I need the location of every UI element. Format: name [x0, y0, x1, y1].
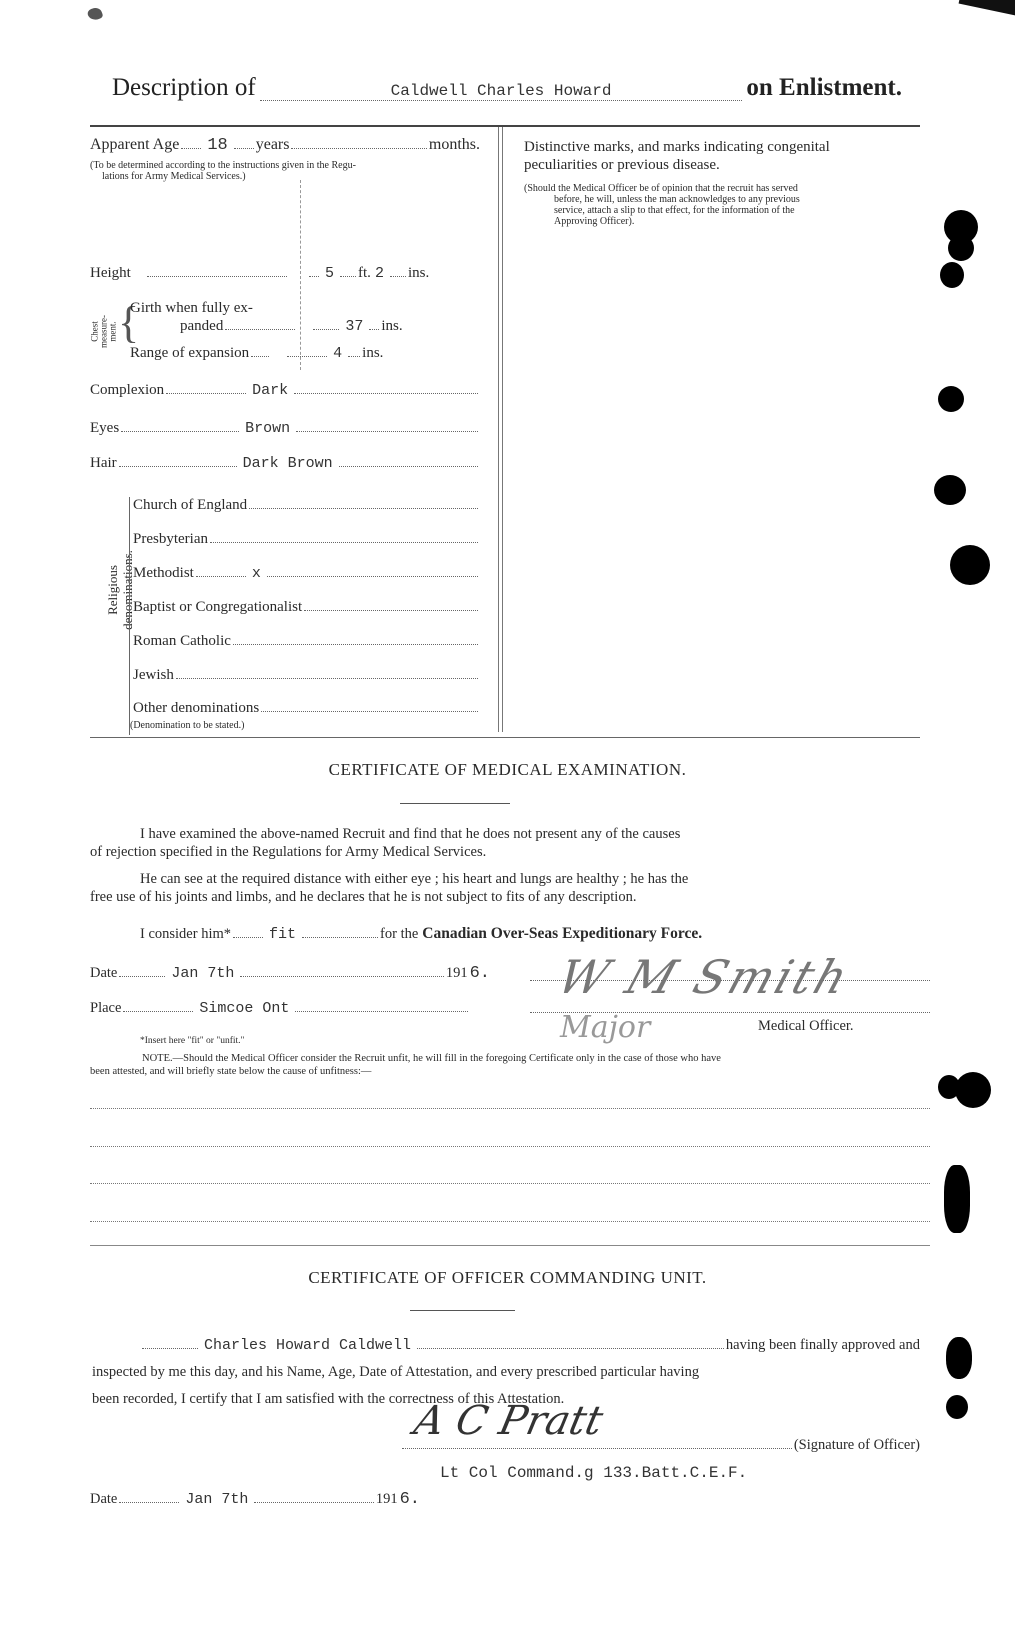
column-divider-outer [498, 127, 499, 732]
section-rule-2 [90, 1245, 930, 1246]
place-value: Simcoe Ont [195, 1000, 293, 1017]
religion-brace [129, 497, 130, 735]
officer-rank-line: Lt Col Command.g 133.Batt.C.E.F. [440, 1464, 747, 1482]
distinctive-marks-input[interactable] [510, 240, 910, 720]
punch-hole [950, 545, 990, 585]
unfitness-line-1[interactable] [90, 1108, 930, 1109]
medical-date-field[interactable]: Date Jan 7th 191 6. [90, 964, 490, 983]
medical-officer-title: Medical Officer. [758, 1018, 854, 1035]
officer-signature-field[interactable]: (Signature of Officer) [400, 1437, 920, 1454]
chest-measurement-label: Chest measure- ment. [88, 300, 118, 360]
religion-baptist[interactable]: Baptist or Congregationalist [133, 599, 480, 616]
approved-name-field[interactable]: Charles Howard Caldwell having been fina… [140, 1337, 920, 1354]
punch-hole [938, 386, 964, 412]
punch-hole [955, 1072, 991, 1108]
eyes-field[interactable]: Eyes Brown [90, 420, 480, 437]
medical-heading-ornament [400, 803, 510, 804]
hair-value: Dark Brown [239, 455, 337, 472]
commanding-heading-ornament [410, 1310, 515, 1311]
force-name: Canadian Over-Seas Expeditionary Force. [422, 925, 702, 943]
height-ft-value: 5 [321, 265, 338, 282]
place-field[interactable]: Place Simcoe Ont [90, 1000, 470, 1017]
methodist-mark: x [248, 565, 265, 582]
punch-hole [934, 475, 966, 505]
commanding-line-2: inspected by me this day, and his Name, … [92, 1364, 922, 1381]
religion-church-of-england[interactable]: Church of England [133, 497, 480, 514]
punch-hole [946, 1337, 972, 1379]
page-title: Description of Caldwell Charles Howard o… [112, 74, 902, 102]
religion-presbyterian[interactable]: Presbyterian [133, 531, 480, 548]
distinctive-marks-heading: Distinctive marks, and marks indicating … [524, 138, 924, 174]
title-prefix: Description of [112, 74, 256, 102]
approved-name-value: Charles Howard Caldwell [200, 1337, 415, 1354]
age-years-value: 18 [203, 136, 231, 155]
age-note: (To be determined according to the instr… [90, 160, 490, 182]
other-denomination-note: (Denomination to be stated.) [130, 720, 244, 731]
girth-field[interactable]: panded 37 ins. [150, 318, 460, 335]
top-right-scan-shadow [959, 0, 1015, 20]
title-suffix: on Enlistment. [746, 74, 902, 102]
girth-label-l1: Girth when fully ex- [130, 300, 253, 317]
complexion-value: Dark [248, 382, 292, 399]
fit-footnote: *Insert here "fit" or "unfit." [140, 1036, 244, 1047]
section-rule-1 [90, 737, 920, 738]
column-divider-inner [502, 127, 503, 732]
religion-methodist[interactable]: Methodist x [133, 565, 480, 582]
complexion-field[interactable]: Complexion Dark [90, 382, 480, 399]
punch-hole [948, 235, 974, 261]
hair-field[interactable]: Hair Dark Brown [90, 455, 480, 472]
religion-jewish[interactable]: Jewish [133, 667, 480, 684]
punch-hole [946, 1395, 968, 1419]
punch-hole [940, 262, 964, 288]
religion-label: Religious denominations. [105, 535, 145, 645]
fitness-field[interactable]: I consider him* fit for the Canadian Ove… [140, 925, 840, 943]
height-ins-value: 2 [371, 265, 388, 282]
corner-ink-mark [86, 6, 103, 22]
unfitness-line-3[interactable] [90, 1183, 930, 1184]
punch-hole [944, 1165, 970, 1233]
expansion-field[interactable]: Range of expansion 4 ins. [130, 345, 460, 362]
medical-officer-rank: Major [560, 1010, 650, 1045]
medical-paragraph-2: He can see at the required distance with… [90, 870, 920, 906]
commanding-date-field[interactable]: Date Jan 7th 191 6. [90, 1490, 420, 1509]
fitness-value: fit [265, 926, 300, 943]
eyes-value: Brown [241, 420, 294, 437]
apparent-age-field[interactable]: Apparent Age 18 years months. [90, 136, 480, 155]
title-rule [90, 125, 920, 127]
enlistee-name: Caldwell Charles Howard [385, 82, 618, 100]
medical-paragraph-1: I have examined the above-named Recruit … [90, 825, 920, 861]
unfit-note: NOTE.—Should the Medical Officer conside… [90, 1052, 930, 1078]
commanding-date-value: Jan 7th [181, 1491, 252, 1508]
religion-roman-catholic[interactable]: Roman Catholic [133, 633, 480, 650]
medical-officer-signature: W M Smith [551, 950, 857, 1004]
medical-certificate-heading: CERTIFICATE OF MEDICAL EXAMINATION. [0, 760, 1015, 780]
commanding-certificate-heading: CERTIFICATE OF OFFICER COMMANDING UNIT. [0, 1268, 1015, 1288]
medical-date-value: Jan 7th [167, 965, 238, 982]
religion-other[interactable]: Other denominations [133, 700, 480, 717]
unfitness-line-2[interactable] [90, 1146, 930, 1147]
expansion-value: 4 [329, 345, 346, 362]
unfitness-line-4[interactable] [90, 1221, 930, 1222]
distinctive-marks-note: (Should the Medical Officer be of opinio… [524, 183, 924, 227]
girth-value: 37 [341, 318, 367, 335]
height-field[interactable]: Height 5 ft. 2 ins. [90, 265, 450, 282]
